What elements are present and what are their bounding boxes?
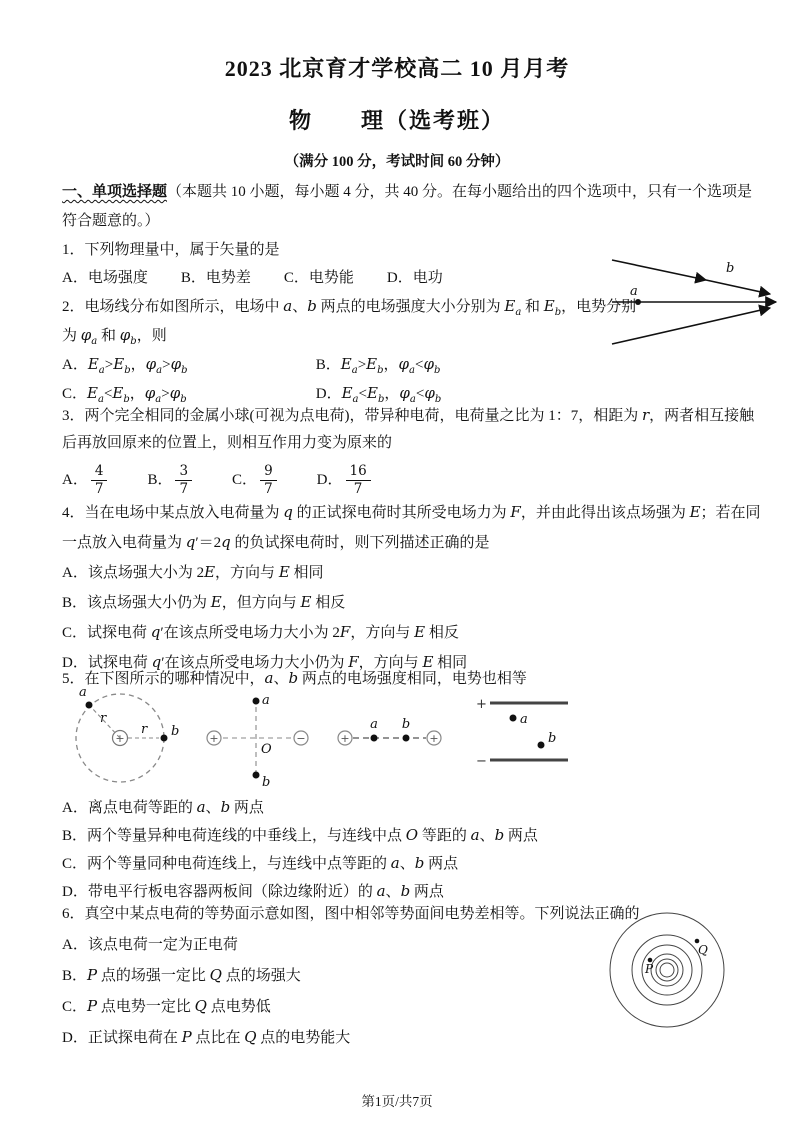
charge-sign: + bbox=[209, 732, 218, 745]
charge-sign: + bbox=[115, 732, 124, 745]
option-letter: B． bbox=[147, 467, 172, 494]
point-b-label: b bbox=[171, 724, 179, 739]
fraction-numerator: 4 bbox=[91, 463, 108, 480]
field-line-bottom bbox=[612, 308, 770, 344]
fraction-denominator: 7 bbox=[260, 481, 277, 497]
question-stem: 4．当在电场中某点放入电荷量为 q 的正试探电荷时其所受电场力为 F，并由此得出… bbox=[62, 498, 742, 528]
section-desc-text: （本题共 10 小题，每小题 4 分，共 40 分。在每小题给出的四个选项中，只… bbox=[167, 184, 752, 200]
q5-figure-parallel-plates: + a b − bbox=[468, 682, 580, 794]
equipotential-circle bbox=[610, 913, 724, 1027]
point-b-label: b bbox=[262, 775, 270, 790]
option-row: A．Ea>Eb，φa>φb B．Ea>Eb，φa<φb bbox=[62, 350, 742, 379]
option-item: B． 37 bbox=[147, 463, 192, 496]
option-item: C． 97 bbox=[232, 463, 277, 496]
radius-label: r bbox=[100, 711, 107, 726]
point-a-label: a bbox=[370, 717, 378, 732]
question-4: 4．当在电场中某点放入电荷量为 q 的正试探电荷时其所受电场力为 F，并由此得出… bbox=[62, 498, 742, 678]
option-item: C．P 点电势一定比 Q 点电势低 bbox=[62, 991, 592, 1022]
point-a-label: a bbox=[262, 693, 270, 708]
point-a-label: a bbox=[79, 685, 87, 700]
option-letter: A． bbox=[62, 467, 88, 494]
equipotential-circle bbox=[660, 963, 674, 977]
question-stem: 3．两个完全相同的金属小球(可视为点电荷)，带异种电荷，电荷量之比为 1：7，相… bbox=[62, 402, 742, 430]
fraction-denominator: 7 bbox=[350, 481, 367, 497]
radius-label: r bbox=[141, 722, 148, 737]
point-b-dot bbox=[253, 772, 260, 779]
point-b-label: b bbox=[402, 717, 410, 732]
option-letter: D． bbox=[317, 467, 343, 494]
point-q-label: Q bbox=[698, 943, 708, 957]
fraction: 97 bbox=[260, 463, 277, 496]
fraction-denominator: 7 bbox=[175, 481, 192, 497]
charge-sign: + bbox=[340, 732, 349, 745]
section-intro: 一、单项选择题（本题共 10 小题，每小题 4 分，共 40 分。在每小题给出的… bbox=[62, 178, 742, 236]
charge-sign: − bbox=[296, 732, 305, 745]
option-item: A．该点场强大小为 2E，方向与 E 相同 bbox=[62, 558, 742, 588]
option-row: A． 47 B． 37 C． 97 D． 167 bbox=[62, 457, 742, 503]
point-a-dot bbox=[635, 299, 641, 305]
q2-field-lines-figure: b a bbox=[608, 250, 790, 352]
equipotential-circle bbox=[656, 959, 678, 981]
option-item: B．两个等量异种电荷连线的中垂线上，与连线中点 O 等距的 a、b 两点 bbox=[62, 822, 742, 850]
page-number: 第1页/共7页 bbox=[0, 1090, 794, 1110]
option-item: C．试探电荷 q′在该点所受电场力大小为 2F，方向与 E 相反 bbox=[62, 618, 742, 648]
q5-figure-like-charges: + + a b bbox=[332, 682, 447, 794]
question-5-options: A．离点电荷等距的 a、b 两点 B．两个等量异种电荷连线的中垂线上，与连线中点… bbox=[62, 794, 742, 906]
section-desc-line2: 符合题意的。） bbox=[62, 207, 742, 236]
point-a-dot bbox=[253, 698, 260, 705]
option-item: B．该点场强大小仍为 E，但方向与 E 相反 bbox=[62, 588, 742, 618]
point-b-dot bbox=[403, 735, 410, 742]
option-item: C．两个等量同种电荷连线上，与连线中点等距的 a、b 两点 bbox=[62, 850, 742, 878]
point-b-label: b bbox=[726, 261, 734, 276]
option-item: B．Ea>Eb，φa<φb bbox=[316, 357, 441, 373]
question-3: 3．两个完全相同的金属小球(可视为点电荷)，带异种电荷，电荷量之比为 1：7，相… bbox=[62, 402, 742, 503]
option-item: A．Ea>Eb，φa>φb bbox=[62, 350, 312, 379]
option-item: D．电功 bbox=[387, 264, 443, 292]
plate-positive-sign: + bbox=[476, 697, 487, 712]
point-b-dot bbox=[538, 742, 545, 749]
point-a-dot bbox=[371, 735, 378, 742]
fraction: 47 bbox=[91, 463, 108, 496]
fraction: 37 bbox=[175, 463, 192, 496]
option-item: A． 47 bbox=[62, 463, 107, 496]
exam-page: 2023 北京育才学校高二 10 月月考 物 理（选考班） （满分 100 分，… bbox=[0, 0, 794, 1123]
plate-negative-sign: − bbox=[476, 754, 487, 769]
point-a-label: a bbox=[520, 712, 528, 727]
fraction-denominator: 7 bbox=[91, 481, 108, 497]
option-item: D．Ea<Eb，φa<φb bbox=[316, 386, 441, 402]
question-stem: 一点放入电荷量为 q′＝2q 的负试探电荷时，则下列描述正确的是 bbox=[62, 528, 742, 558]
point-p-label: P bbox=[644, 962, 654, 976]
option-item: A．该点电荷一定为正电荷 bbox=[62, 930, 592, 960]
option-letter: C． bbox=[232, 467, 257, 494]
point-b-dot bbox=[161, 735, 168, 742]
fraction-numerator: 16 bbox=[346, 463, 371, 480]
exam-meta: （满分 100 分，考试时间 60 分钟） bbox=[0, 150, 794, 171]
q5-figure-opposite-charges: + − a b O bbox=[200, 682, 315, 794]
question-stem: 后再放回原来的位置上，则相互作用力变为原来的 bbox=[62, 430, 742, 457]
midpoint-o-label: O bbox=[261, 742, 272, 757]
option-item: D．正试探电荷在 P 点比在 Q 点的电势能大 bbox=[62, 1022, 592, 1053]
field-line-b-segment2 bbox=[706, 280, 770, 294]
point-a-label: a bbox=[630, 284, 638, 299]
option-item: D． 167 bbox=[317, 463, 371, 496]
point-a-dot bbox=[510, 715, 517, 722]
fraction: 167 bbox=[346, 463, 371, 496]
fraction-numerator: 9 bbox=[260, 463, 277, 480]
exam-subtitle: 物 理（选考班） bbox=[0, 104, 794, 135]
fraction-numerator: 3 bbox=[175, 463, 192, 480]
q5-figure-point-charge: + r a r b bbox=[62, 682, 197, 794]
option-item: B．电势差 bbox=[181, 264, 251, 292]
point-b-label: b bbox=[548, 731, 556, 746]
point-a-dot bbox=[86, 702, 93, 709]
question-6-options: A．该点电荷一定为正电荷 B．P 点的场强一定比 Q 点的场强大 C．P 点电势… bbox=[62, 930, 592, 1053]
option-item: A．电场强度 bbox=[62, 264, 148, 292]
q6-equipotential-figure: P Q bbox=[598, 906, 748, 1056]
exam-title: 2023 北京育才学校高二 10 月月考 bbox=[0, 52, 794, 83]
section-desc-line1: 一、单项选择题（本题共 10 小题，每小题 4 分，共 40 分。在每小题给出的… bbox=[62, 178, 742, 207]
option-item: C．电势能 bbox=[284, 264, 354, 292]
option-item: A．离点电荷等距的 a、b 两点 bbox=[62, 794, 742, 822]
field-line-b-segment1 bbox=[612, 260, 706, 280]
option-item: B．P 点的场强一定比 Q 点的场强大 bbox=[62, 960, 592, 991]
section-heading: 一、单项选择题 bbox=[62, 184, 167, 200]
charge-sign: + bbox=[429, 732, 438, 745]
